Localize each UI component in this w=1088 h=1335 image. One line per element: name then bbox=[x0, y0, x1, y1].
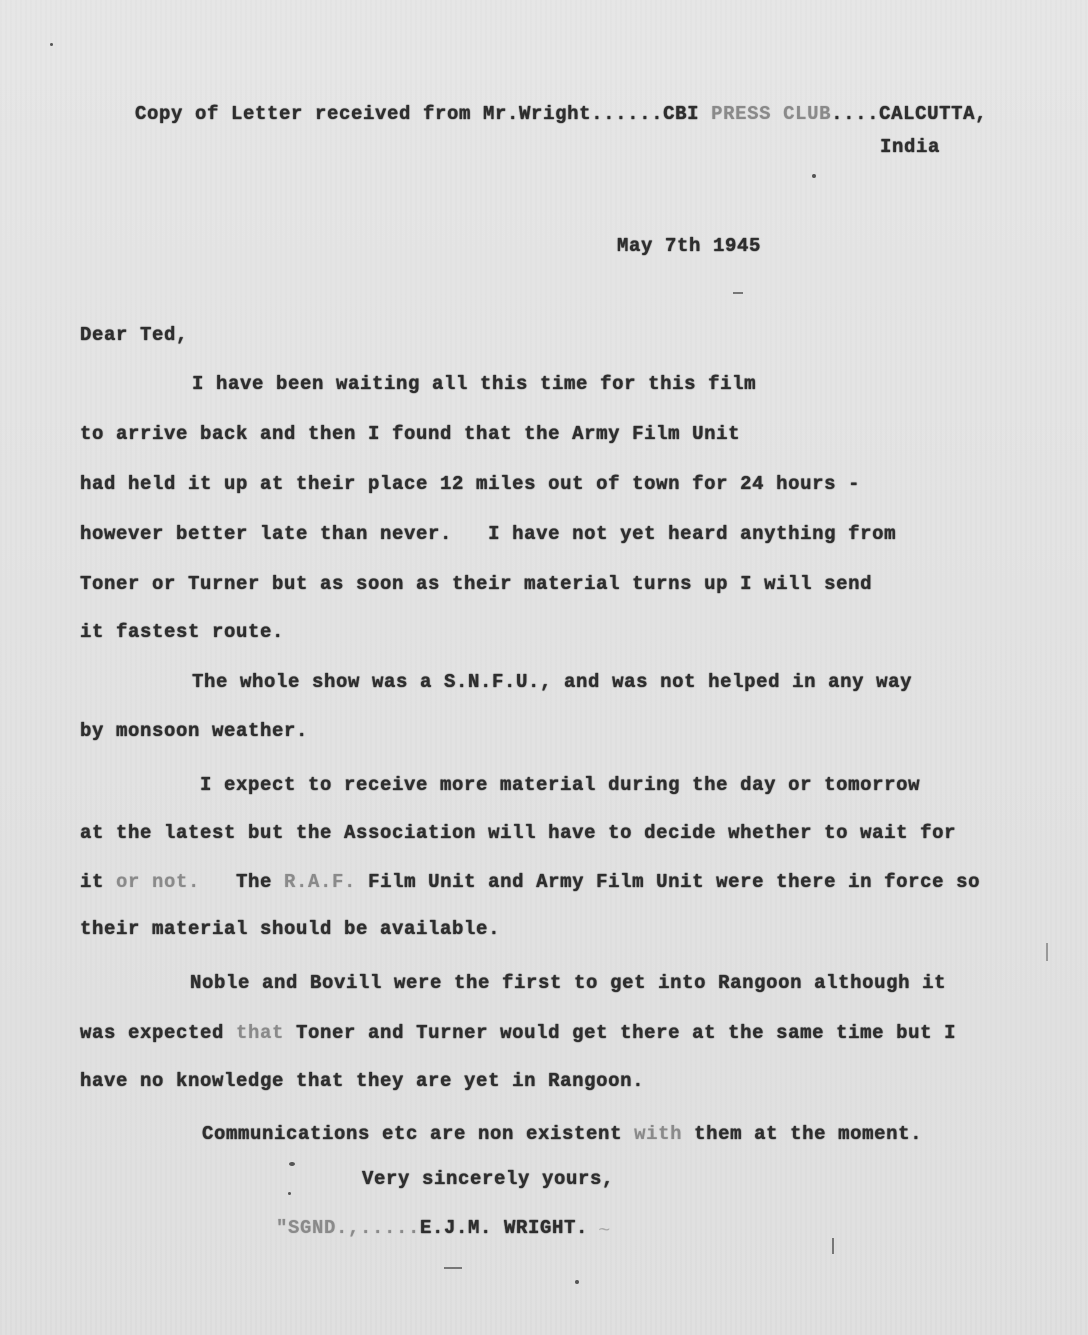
text-segment: Film Unit and Army Film Unit were there … bbox=[356, 871, 980, 893]
header-faded-text: PRESS CLUB bbox=[711, 103, 831, 125]
scratch bbox=[1046, 943, 1048, 961]
text-segment: The bbox=[200, 871, 284, 893]
paragraph-line: Communications etc are non existent with… bbox=[202, 1123, 922, 1145]
paragraph-line: their material should be available. bbox=[80, 918, 500, 940]
paragraph-line: by monsoon weather. bbox=[80, 720, 308, 742]
speck bbox=[289, 1162, 295, 1166]
text-segment: was expected bbox=[80, 1022, 236, 1044]
salutation: Dear Ted, bbox=[80, 324, 188, 346]
header-location: ....CALCUTTA, bbox=[831, 103, 987, 125]
paragraph-line: it or not. The R.A.F. Film Unit and Army… bbox=[80, 871, 980, 893]
paragraph-line: I expect to receive more material during… bbox=[200, 774, 920, 796]
faded-text-segment: R.A.F. bbox=[284, 871, 356, 893]
speck bbox=[575, 1280, 579, 1284]
paragraph-line: however better late than never. I have n… bbox=[80, 523, 896, 545]
closing: Very sincerely yours, bbox=[362, 1168, 614, 1190]
signature-name: E.J.M. WRIGHT. bbox=[420, 1217, 588, 1239]
paragraph-line: to arrive back and then I found that the… bbox=[80, 423, 740, 445]
signature: "SGND.,.....E.J.M. WRIGHT. bbox=[276, 1217, 588, 1239]
scratch bbox=[832, 1238, 834, 1254]
signature-prefix: "SGND.,..... bbox=[276, 1217, 420, 1239]
text-segment: Communications etc are non existent bbox=[202, 1123, 634, 1145]
letter-date: May 7th 1945 bbox=[617, 235, 761, 257]
text-segment: Toner and Turner would get there at the … bbox=[284, 1022, 956, 1044]
paragraph-line: The whole show was a S.N.F.U., and was n… bbox=[192, 671, 912, 693]
scratch bbox=[733, 292, 743, 294]
letter-header: Copy of Letter received from Mr.Wright..… bbox=[135, 103, 987, 125]
faded-text-segment: or not. bbox=[116, 871, 200, 893]
header-text: Copy of Letter received from Mr.Wright..… bbox=[135, 103, 711, 125]
paragraph-line: at the latest but the Association will h… bbox=[80, 822, 956, 844]
paragraph-line: have no knowledge that they are yet in R… bbox=[80, 1070, 644, 1092]
paragraph-line: was expected that Toner and Turner would… bbox=[80, 1022, 956, 1044]
speck bbox=[288, 1192, 291, 1195]
speck bbox=[812, 174, 816, 178]
paragraph-line: Toner or Turner but as soon as their mat… bbox=[80, 573, 872, 595]
letter-page: Copy of Letter received from Mr.Wright..… bbox=[0, 0, 1088, 1335]
text-segment: them at the moment. bbox=[682, 1123, 922, 1145]
paragraph-line: I have been waiting all this time for th… bbox=[192, 373, 756, 395]
paragraph-line: had held it up at their place 12 miles o… bbox=[80, 473, 860, 495]
text-segment: it bbox=[80, 871, 116, 893]
header-country: India bbox=[880, 136, 940, 158]
handwritten-mark-icon: ~ bbox=[598, 1220, 610, 1243]
scratch bbox=[444, 1267, 462, 1269]
faded-text-segment: that bbox=[236, 1022, 284, 1044]
speck bbox=[50, 43, 53, 46]
paragraph-line: Noble and Bovill were the first to get i… bbox=[190, 972, 946, 994]
faded-text-segment: with bbox=[634, 1123, 682, 1145]
paragraph-line: it fastest route. bbox=[80, 621, 284, 643]
